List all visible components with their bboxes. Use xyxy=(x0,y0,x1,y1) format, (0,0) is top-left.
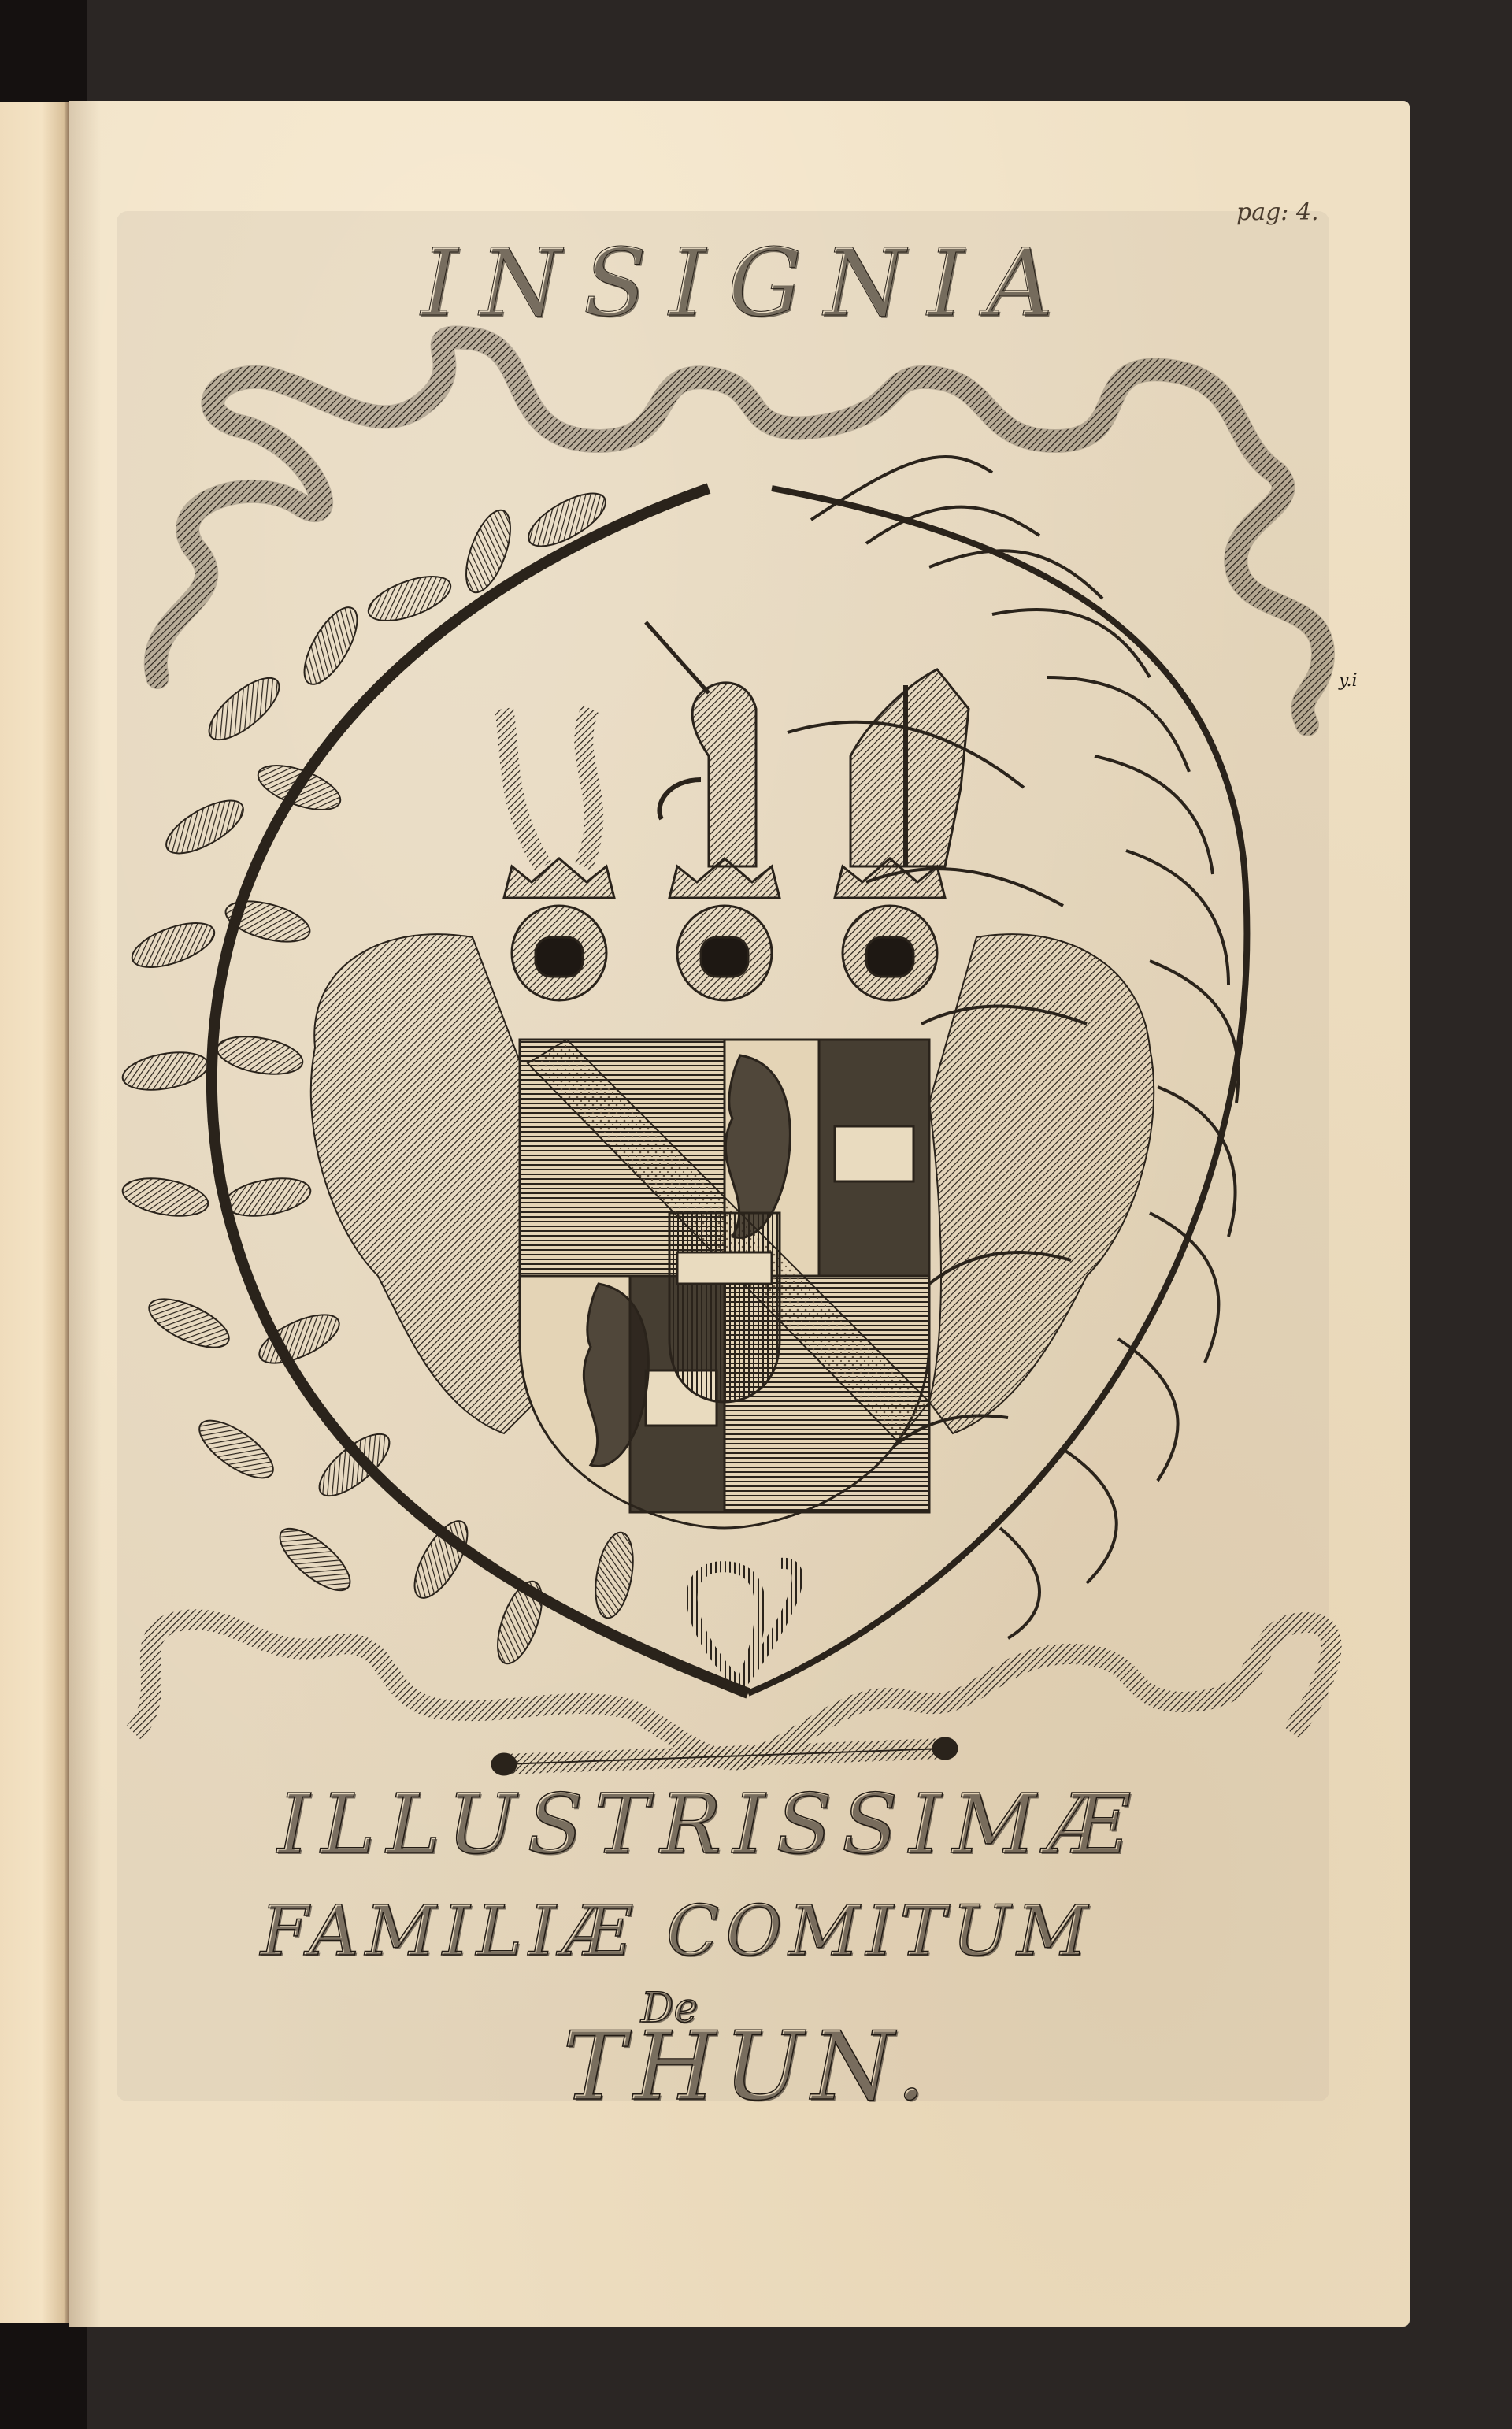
helmet-crest-unicorn xyxy=(646,622,756,866)
helmet-crest-horns xyxy=(504,709,594,866)
helmet-crest-eagle-wing xyxy=(850,669,969,866)
caption-line-1: ILLUSTRISSIMÆ xyxy=(157,1776,1260,1872)
caption-line-4: THUN. xyxy=(394,2012,1102,2122)
caption-line-2: FAMILIÆ COMITUM xyxy=(157,1890,1197,1971)
helmets xyxy=(504,858,945,1000)
shield-quartered-with-bend xyxy=(520,1040,929,1528)
ribbon-bottom-bow xyxy=(134,1563,1332,1775)
